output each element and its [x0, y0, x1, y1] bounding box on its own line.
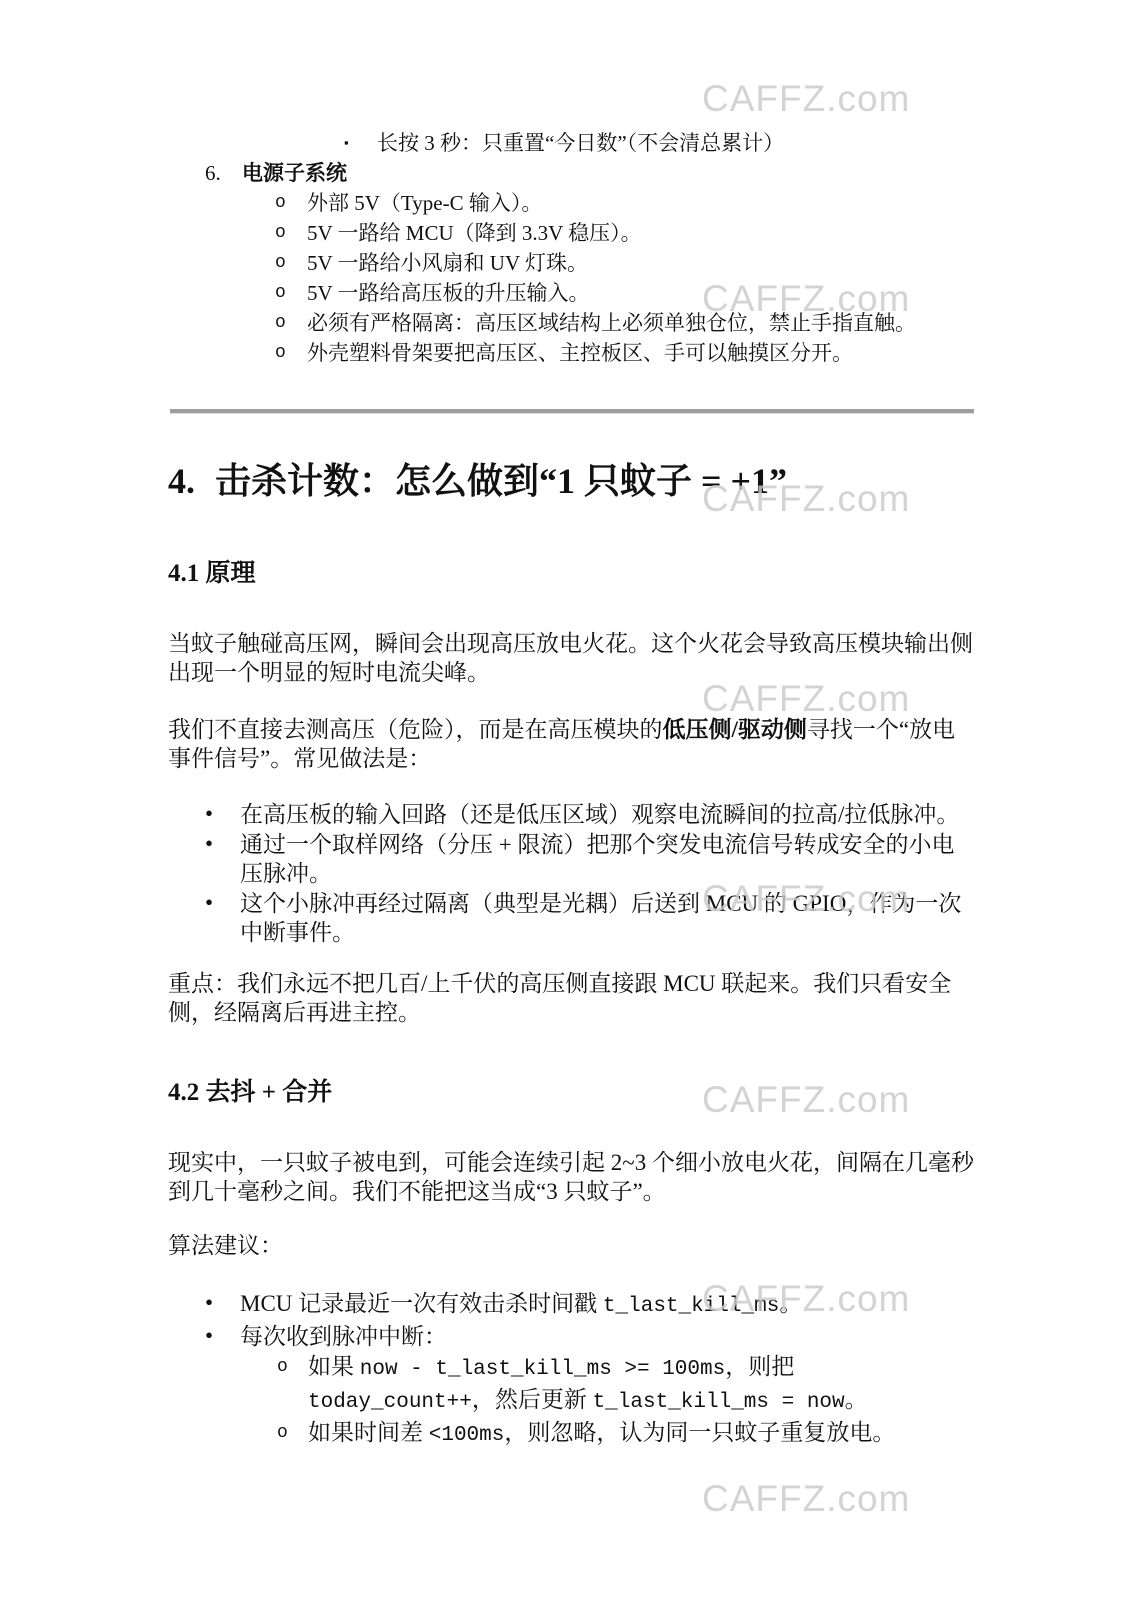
power-subsystem-list: ▪ 长按 3 秒：只重置“今日数”（不会清总累计） 6. 电源子系统 o 外部 …	[168, 128, 974, 368]
list-item-text: 如果	[308, 1354, 360, 1379]
algorithm-list: • MCU 记录最近一次有效击杀时间戳 t_last_kill_ms。 • 每次…	[168, 1289, 974, 1451]
list-item: • 每次收到脉冲中断：	[168, 1322, 974, 1352]
list-item: o 必须有严格隔离：高压区域结构上必须单独仓位，禁止手指直触。	[168, 308, 974, 338]
list-item-text: 必须有严格隔离：高压区域结构上必须单独仓位，禁止手指直触。	[307, 311, 916, 335]
document-page: { "watermark": { "text": "CAFFZ.com", "c…	[0, 0, 1132, 1600]
list-item-text: ，则把	[725, 1354, 794, 1379]
list-item: o 5V 一路给 MCU（降到 3.3V 稳压）。	[168, 218, 974, 248]
list-item: o 外部 5V（Type-C 输入）。	[168, 188, 974, 218]
list-item: o 外壳塑料骨架要把高压区、主控板区、手可以触摸区分开。	[168, 338, 974, 368]
list-item: • 这个小脉冲再经过隔离（典型是光耦）后送到 MCU 的 GPIO，作为一次中断…	[168, 889, 974, 948]
dot-bullet-icon: •	[205, 888, 213, 918]
list-item-text: 。	[779, 1291, 802, 1316]
circle-bullet-icon: o	[275, 248, 286, 278]
paragraph: 我们不直接去测高压（危险），而是在高压模块的低压侧/驱动侧寻找一个“放电事件信号…	[168, 715, 974, 773]
subsection-heading: 4.1 原理	[168, 558, 974, 590]
square-bullet-icon: ▪	[344, 128, 349, 158]
heading-text: 击杀计数：怎么做到“1 只蚊子 = +1”	[215, 461, 787, 501]
circle-bullet-icon: o	[277, 1352, 288, 1382]
list-item-title: 电源子系统	[242, 161, 347, 185]
list-item-text: 5V 一路给 MCU（降到 3.3V 稳压）。	[307, 221, 642, 245]
code-token: t_last_kill_ms = now	[593, 1391, 845, 1414]
list-item-text: MCU 记录最近一次有效击杀时间戳	[240, 1291, 603, 1316]
list-item-text: 如果时间差	[308, 1420, 429, 1445]
paragraph: 现实中，一只蚊子被电到，可能会连续引起 2~3 个细小放电火花，间隔在几毫秒到几…	[168, 1148, 974, 1206]
subsection-heading: 4.2 去抖 + 合并	[168, 1077, 974, 1109]
list-item: • 在高压板的输入回路（还是低压区域）观察电流瞬间的拉高/拉低脉冲。	[168, 800, 974, 830]
list-item-text: 。	[845, 1387, 868, 1412]
list-item-text: 外壳塑料骨架要把高压区、主控板区、手可以触摸区分开。	[307, 341, 853, 365]
list-item: • MCU 记录最近一次有效击杀时间戳 t_last_kill_ms。	[168, 1289, 974, 1322]
code-token: t_last_kill_ms	[603, 1295, 779, 1318]
list-item-text: 每次收到脉冲中断：	[240, 1324, 447, 1349]
dot-bullet-icon: •	[205, 1288, 213, 1318]
watermark-text: CAFFZ.com	[702, 1478, 922, 1520]
paragraph: 算法建议：	[168, 1231, 974, 1260]
list-item-text: ，则忽略，认为同一只蚊子重复放电。	[504, 1420, 895, 1445]
circle-bullet-icon: o	[275, 278, 286, 308]
paragraph-bold-text: 低压侧/驱动侧	[663, 717, 807, 742]
list-item: o 5V 一路给小风扇和 UV 灯珠。	[168, 248, 974, 278]
list-item: o 5V 一路给高压板的升压输入。	[168, 278, 974, 308]
dot-bullet-icon: •	[205, 799, 213, 829]
sub-list-item: o 如果时间差 <100ms，则忽略，认为同一只蚊子重复放电。	[168, 1418, 974, 1451]
list-item-text: 这个小脉冲再经过隔离（典型是光耦）后送到 MCU 的 GPIO，作为一次中断事件…	[240, 891, 961, 946]
watermark-text: CAFFZ.com	[702, 78, 922, 120]
heading-number: 4.	[168, 461, 195, 501]
list-number: 6.	[205, 158, 221, 188]
circle-bullet-icon: o	[275, 338, 286, 368]
circle-bullet-icon: o	[275, 308, 286, 338]
list-item-numbered: 6. 电源子系统	[168, 158, 974, 188]
circle-bullet-icon: o	[275, 218, 286, 248]
list-item-text: 5V 一路给小风扇和 UV 灯珠。	[307, 251, 588, 275]
list-item-text: 5V 一路给高压板的升压输入。	[307, 281, 590, 305]
circle-bullet-icon: o	[277, 1418, 288, 1448]
paragraph: 当蚊子触碰高压网，瞬间会出现高压放电火花。这个火花会导致高压模块输出侧出现一个明…	[168, 629, 974, 687]
dot-bullet-icon: •	[205, 1321, 213, 1351]
bullet-list: • 在高压板的输入回路（还是低压区域）观察电流瞬间的拉高/拉低脉冲。 • 通过一…	[168, 800, 974, 948]
circle-bullet-icon: o	[275, 188, 286, 218]
list-item-text: 外部 5V（Type-C 输入）。	[307, 191, 542, 215]
code-token: now - t_last_kill_ms >= 100ms	[360, 1358, 725, 1381]
list-item-text: ，然后更新	[472, 1387, 593, 1412]
list-item-text: 在高压板的输入回路（还是低压区域）观察电流瞬间的拉高/拉低脉冲。	[240, 802, 959, 827]
dot-bullet-icon: •	[205, 829, 213, 859]
list-item: ▪ 长按 3 秒：只重置“今日数”（不会清总累计）	[168, 128, 974, 158]
sub-list-item: o 如果 now - t_last_kill_ms >= 100ms，则把 to…	[168, 1352, 974, 1418]
list-item-text: 通过一个取样网络（分压 + 限流）把那个突发电流信号转成安全的小电压脉冲。	[240, 832, 954, 887]
code-token: today_count++	[308, 1391, 472, 1414]
list-item: • 通过一个取样网络（分压 + 限流）把那个突发电流信号转成安全的小电压脉冲。	[168, 830, 974, 889]
code-token: <100ms	[429, 1424, 505, 1447]
list-item-text: 长按 3 秒：只重置“今日数”（不会清总累计）	[377, 131, 784, 155]
paragraph-text: 我们不直接去测高压（危险），而是在高压模块的	[168, 717, 663, 742]
section-divider	[170, 409, 974, 414]
section-heading: 4.击杀计数：怎么做到“1 只蚊子 = +1”	[168, 458, 974, 504]
paragraph: 重点：我们永远不把几百/上千伏的高压侧直接跟 MCU 联起来。我们只看安全侧，经…	[168, 969, 974, 1027]
